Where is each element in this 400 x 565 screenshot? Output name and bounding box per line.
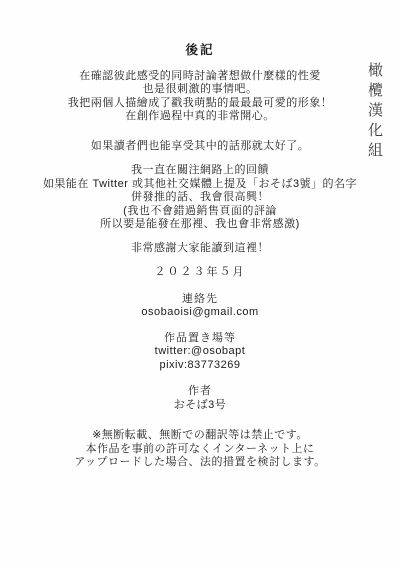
- text-line: アップロードした場合、法的措置を検討します。: [0, 456, 400, 470]
- afterword-content: 後記 在確認彼此感受的同時討論著想做什麼樣的性愛也是很刺激的事情吧。我把兩個人描…: [0, 0, 400, 565]
- text-line: ※無断転載、無断での翻訳等は禁止です。: [0, 429, 400, 443]
- contact-email: osobaoisi@gmail.com: [0, 306, 400, 320]
- text-line: 併發推的話、我會很高興！: [0, 191, 400, 205]
- text-line: 在確認彼此感受的同時討論著想做什麼樣的性愛: [0, 70, 400, 84]
- afterword-paragraph-4: 非常感謝大家能讀到這裡！: [0, 242, 400, 256]
- text-line: (我也不會錯過銷售頁面的評論: [0, 205, 400, 219]
- text-line: 我一直在關注網路上的回饋: [0, 164, 400, 178]
- author-label: 作者: [0, 385, 400, 399]
- afterword-page: 橄欖漢化組 後記 在確認彼此感受的同時討論著想做什麼樣的性愛也是很刺激的事情吧。…: [0, 0, 400, 565]
- afterword-paragraph-2: 如果讀者們也能享受其中的話那就太好了。: [0, 140, 400, 154]
- contact-label: 連絡先: [0, 293, 400, 307]
- afterword-paragraph-1: 在確認彼此感受的同時討論著想做什麼樣的性愛也是很刺激的事情吧。我把兩個人描繪成了…: [0, 70, 400, 124]
- text-line: 非常感謝大家能讀到這裡！: [0, 242, 400, 256]
- afterword-paragraph-3: 我一直在關注網路上的回饋如果能在 Twitter 或其他社交媒體上提及「おそば3…: [0, 164, 400, 232]
- text-line: 如果能在 Twitter 或其他社交媒體上提及「おそば3號」的名字: [0, 178, 400, 192]
- text-line: 所以要是能發在那裡、我也會非常感激): [0, 218, 400, 232]
- works-label: 作品置き場等: [0, 332, 400, 346]
- text-line: 我把兩個人描繪成了戳我萌點的最最最可愛的形象！: [0, 97, 400, 111]
- twitter-handle: twitter:@osobapt: [0, 345, 400, 359]
- text-line: 如果讀者們也能享受其中的話那就太好了。: [0, 140, 400, 154]
- text-line: 本作品を事前の許可なくインターネット上に: [0, 443, 400, 457]
- afterword-date: ２０２３年５月: [0, 266, 400, 280]
- text-line: 也是很刺激的事情吧。: [0, 83, 400, 97]
- text-line: 在創作過程中真的非常開心。: [0, 110, 400, 124]
- disclaimer-paragraph: ※無断転載、無断での翻訳等は禁止です。本作品を事前の許可なくインターネット上にア…: [0, 429, 400, 470]
- author-name: おそば3号: [0, 399, 400, 413]
- pixiv-id: pixiv:83773269: [0, 359, 400, 373]
- afterword-title: 後記: [0, 44, 400, 58]
